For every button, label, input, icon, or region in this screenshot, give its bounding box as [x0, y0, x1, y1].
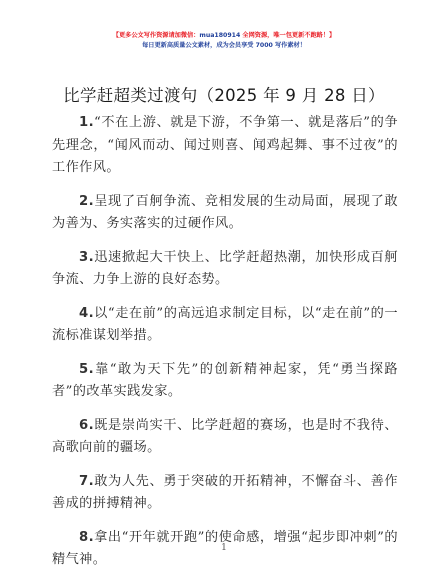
item-number: 2.: [79, 194, 94, 209]
item-text: 敢为人先、勇于突破的开拓精神，不懈奋斗、善作善成的拼搏精神。: [52, 474, 398, 512]
item-text: “不在上游、就是下游，不争第一、就是落后”的争先理念，“闻风而动、闻过则喜、闻鸡…: [52, 115, 398, 175]
item-text: 既是崇尚实干、比学赶超的赛场，也是时不我待、高歌向前的疆场。: [52, 418, 398, 456]
banner-contact-id: mua180914: [199, 32, 240, 39]
item-number: 3.: [79, 250, 94, 265]
list-item: 2.呈现了百舸争流、竞相发展的生动局面，展现了敢为善为、务实落实的过硬作风。: [52, 191, 398, 236]
promo-banner: 【更多公文写作资源请加微信：mua180914 全网资源，唯一包更新不跑路！】 …: [0, 31, 448, 51]
item-number: 4.: [79, 306, 94, 321]
list-item: 3.迅速掀起大干快上、比学赶超热潮，加快形成百舸争流、力争上游的良好态势。: [52, 247, 398, 292]
list-item: 7.敢为人先、勇于突破的开拓精神，不懈奋斗、善作善成的拼搏精神。: [52, 471, 398, 516]
banner-line-1-end: 全网资源，唯一包更新不跑路！】: [240, 32, 335, 39]
item-text: 迅速掀起大干快上、比学赶超热潮，加快形成百舸争流、力争上游的良好态势。: [52, 250, 398, 288]
banner-line-1-start: 【更多公文写作资源请加微信：: [113, 32, 200, 39]
list-item: 6.既是崇尚实干、比学赶超的赛场，也是时不我待、高歌向前的疆场。: [52, 415, 398, 460]
item-text: 靠“敢为天下先”的创新精神起家，凭“勇当探路者”的改革实践发家。: [52, 362, 398, 400]
list-item: 4.以“走在前”的高远追求制定目标，以“走在前”的一流标准谋划举措。: [52, 303, 398, 348]
document-page: 【更多公文写作资源请加微信：mua180914 全网资源，唯一包更新不跑路！】 …: [0, 0, 448, 580]
item-text: 呈现了百舸争流、竞相发展的生动局面，展现了敢为善为、务实落实的过硬作风。: [52, 194, 398, 232]
banner-line-2: 每日更新高质量公文素材，成为会员享受 7000 写作素材！: [0, 41, 448, 51]
item-number: 5.: [79, 362, 94, 377]
list-item: 5.靠“敢为天下先”的创新精神起家，凭“勇当探路者”的改革实践发家。: [52, 359, 398, 404]
list-item: 1.“不在上游、就是下游，不争第一、就是落后”的争先理念，“闻风而动、闻过则喜、…: [52, 112, 398, 180]
item-number: 1.: [79, 115, 94, 130]
document-title: 比学赶超类过渡句（2025 年 9 月 28 日）: [0, 82, 448, 106]
page-number: 1: [0, 543, 448, 553]
document-body: 1.“不在上游、就是下游，不争第一、就是落后”的争先理念，“闻风而动、闻过则喜、…: [52, 112, 398, 580]
item-text: 以“走在前”的高远追求制定目标，以“走在前”的一流标准谋划举措。: [52, 306, 398, 344]
banner-line-1: 【更多公文写作资源请加微信：mua180914 全网资源，唯一包更新不跑路！】: [0, 31, 448, 41]
item-number: 7.: [79, 474, 94, 489]
item-number: 6.: [79, 418, 94, 433]
